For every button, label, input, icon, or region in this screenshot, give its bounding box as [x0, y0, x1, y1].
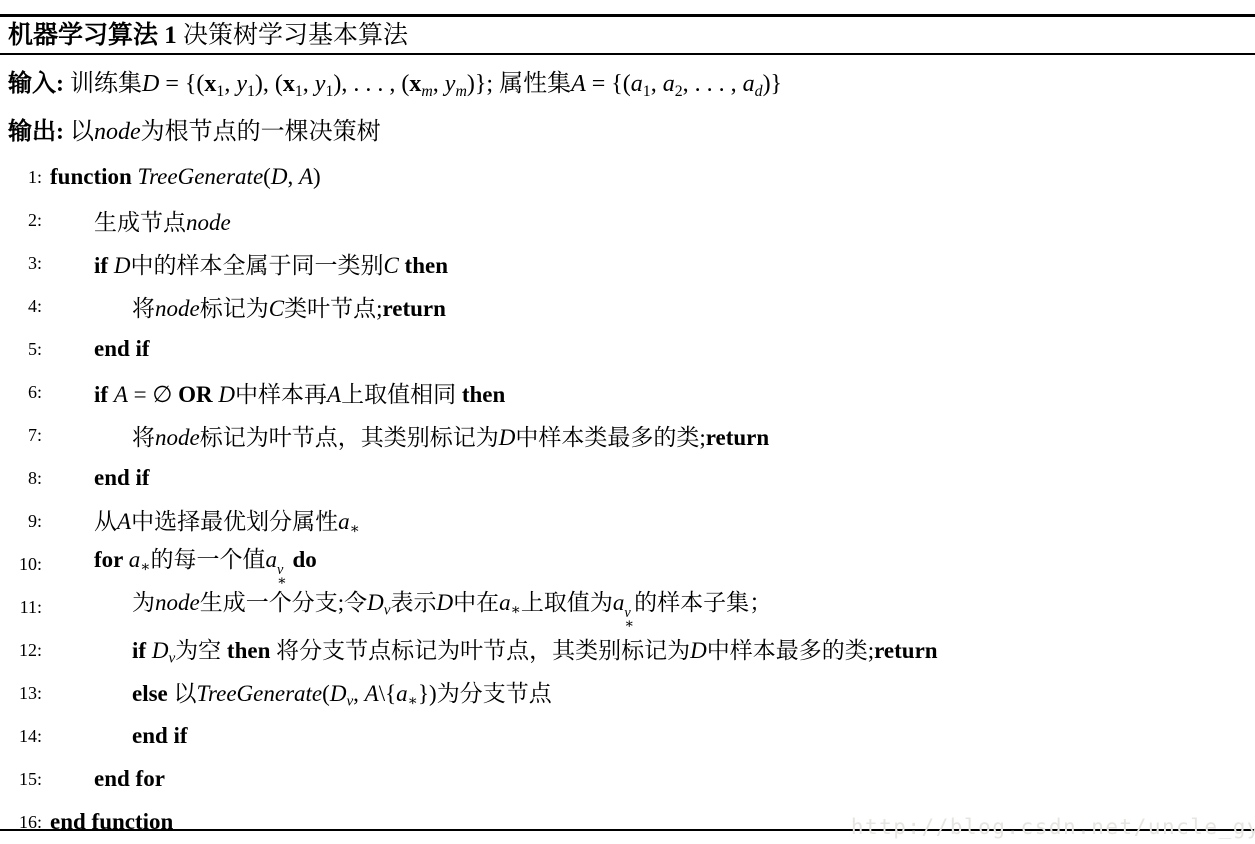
algorithm-box: 机器学习算法 1 决策树学习基本算法 输入: 训练集D = {(x1, y1),…	[0, 0, 1255, 844]
algorithm-body: 1:function TreeGenerate(D, A)2:生成节点node3…	[0, 156, 1255, 844]
code-line: 14:end if	[0, 715, 1255, 758]
code-line: 15:end for	[0, 758, 1255, 801]
code-line: 5:end if	[0, 328, 1255, 371]
algorithm-caption: 机器学习算法 1 决策树学习基本算法	[0, 17, 1255, 53]
line-number: 10:	[0, 554, 42, 575]
line-content: 将node标记为叶节点，其类别标记为D中样本类最多的类;return	[50, 419, 769, 452]
line-content: end if	[50, 723, 188, 749]
line-number: 5:	[0, 339, 42, 360]
line-content: 为node生成一个分支;令Dv表示D中在a∗上取值为av∗的样本子集；	[50, 584, 772, 631]
line-number: 9:	[0, 511, 42, 532]
code-line: 6:if A = ∅ OR D中样本再A上取值相同 then	[0, 371, 1255, 414]
line-number: 3:	[0, 253, 42, 274]
line-number: 13:	[0, 683, 42, 704]
input-line: 输入: 训练集D = {(x1, y1), (x1, y1), . . . , …	[0, 64, 1255, 112]
code-line: 8:end if	[0, 457, 1255, 500]
line-content: if D中的样本全属于同一类别C then	[50, 247, 448, 280]
line-number: 15:	[0, 769, 42, 790]
supsub-stack: v∗	[624, 608, 634, 631]
watermark-url: http://blog.csdn.net/uncle_gy	[851, 815, 1255, 839]
line-content: function TreeGenerate(D, A)	[50, 164, 321, 190]
line-number: 11:	[0, 597, 42, 618]
code-line: 10:for a∗的每一个值av∗ do	[0, 543, 1255, 586]
caption-separator-rule	[0, 53, 1255, 55]
line-content: else 以TreeGenerate(Dv, A\{a∗})为分支节点	[50, 675, 552, 711]
line-content: end if	[50, 336, 150, 362]
code-line: 9:从A中选择最优划分属性a∗	[0, 500, 1255, 543]
code-line: 12:if Dv为空 then 将分支节点标记为叶节点，其类别标记为D中样本最多…	[0, 629, 1255, 672]
line-number: 8:	[0, 468, 42, 489]
line-content: if Dv为空 then 将分支节点标记为叶节点，其类别标记为D中样本最多的类;…	[50, 632, 938, 668]
line-number: 2:	[0, 210, 42, 231]
line-content: for a∗的每一个值av∗ do	[50, 541, 317, 588]
line-number: 7:	[0, 425, 42, 446]
line-number: 4:	[0, 296, 42, 317]
line-content: 生成节点node	[50, 204, 231, 237]
line-content: 将node标记为C类叶节点;return	[50, 290, 446, 323]
line-number: 6:	[0, 382, 42, 403]
code-line: 3:if D中的样本全属于同一类别C then	[0, 242, 1255, 285]
line-content: 从A中选择最优划分属性a∗	[50, 503, 360, 539]
code-line: 11:为node生成一个分支;令Dv表示D中在a∗上取值为av∗的样本子集；	[0, 586, 1255, 629]
output-line: 输出: 以node为根节点的一棵决策树	[0, 112, 1255, 152]
code-line: 7:将node标记为叶节点，其类别标记为D中样本类最多的类;return	[0, 414, 1255, 457]
line-number: 12:	[0, 640, 42, 661]
code-line: 1:function TreeGenerate(D, A)	[0, 156, 1255, 199]
line-content: if A = ∅ OR D中样本再A上取值相同 then	[50, 376, 505, 409]
code-line: 13:else 以TreeGenerate(Dv, A\{a∗})为分支节点	[0, 672, 1255, 715]
code-line: 4:将node标记为C类叶节点;return	[0, 285, 1255, 328]
line-content: end if	[50, 465, 150, 491]
line-number: 14:	[0, 726, 42, 747]
code-line: 2:生成节点node	[0, 199, 1255, 242]
line-number: 1:	[0, 167, 42, 188]
line-content: end function	[50, 809, 173, 835]
line-content: end for	[50, 766, 165, 792]
